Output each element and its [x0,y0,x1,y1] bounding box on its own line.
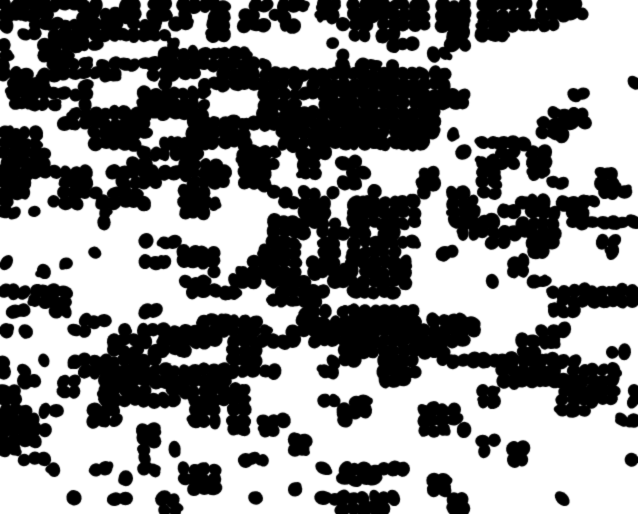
bitmap-canvas [0,0,638,514]
dalmatian-illusion-image [0,0,638,514]
